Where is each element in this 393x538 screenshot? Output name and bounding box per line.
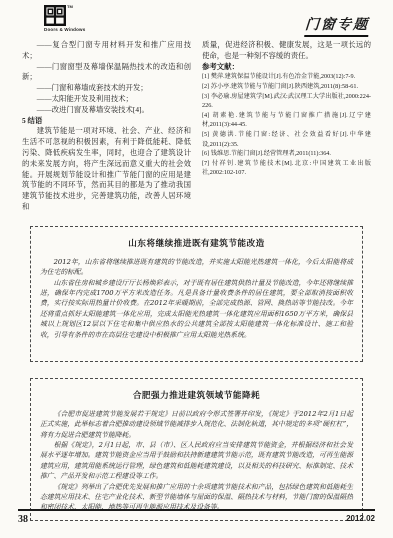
reference-entry: [5] 黄德洪.节能门窗:经济、社会效益看好[J].中华建设,2011(2):3… [202,130,371,149]
masthead: 门窗专题 [305,14,369,37]
left-column: ——复合型门窗专用材料开发和推广应用技术； ——门窗窗型及幕墙保温隔热技术的改造… [22,40,191,213]
masthead-title: 门窗专题 [304,14,370,37]
list-item: ——改进门窗及幕墙安装技术[4]。 [22,105,191,116]
article-columns: ——复合型门窗专用材料开发和推广应用技术； ——门窗窗型及幕墙保温隔热技术的改造… [22,40,371,213]
right-column: 质量，促进经济积极、健康发展，这是一项长远的使命，也是一种刻不容缓的责任。 参考… [202,40,371,213]
list-item: ——门窗和幕墙成套技术的开发； [22,83,191,94]
reference-entry: [2] 苏小亭.建筑节能与节能门窗[J].陕西建筑,2011(8):58-61. [202,82,371,92]
list-item: ——复合型门窗专用材料开发和推广应用技术； [22,40,191,62]
list-item: ——太阳能开发及利用技术； [22,94,191,105]
reference-entry: [4] 胡素艳.建筑节能与节能门窗推广措施[J].辽宁建材,2011(3):44… [202,111,371,130]
reference-entry: [6] 钱维思.节能门窗[J].经营管理者,2011(11):364. [202,149,371,159]
conclusion-paragraph: 建筑节能是一项对环境、社会、产业、经济和生活不可忽视的积极因素，有利于降低能耗、… [22,126,191,212]
news-box-body: 《合肥市促进建筑节能发展若干规定》日前以政府令形式签署并印发，《规定》于2012… [40,409,353,513]
window-logo-icon [44,5,66,26]
news-paragraph: 《合肥市促进建筑节能发展若干规定》日前以政府令形式签署并印发，《规定》于2012… [40,409,353,440]
reference-entry: [7] 付祥钊.建筑节能技术[M].北京:中国建筑工业出版社,2002:102-… [202,159,371,178]
references-heading: 参考文献： [202,62,371,73]
doors-windows-logo: TM Doors & Windows [44,5,85,32]
issue-date: 2012.02 [346,514,375,523]
news-paragraph: 根据《规定》，2月1日起，市、县（市）、区人民政府应当安排建筑节能资金，并根据经… [40,440,353,482]
magazine-page: TM Doors & Windows 门窗专题 ——复合型门窗专用材料开发和推广… [0,0,393,538]
trademark-label: TM [67,5,73,9]
news-box-hefei: 合肥强力推进建筑领域节能降耗 《合肥市促进建筑节能发展若干规定》日前以政府令形式… [30,378,363,521]
reference-entry: [1] 樊萍.建筑保温节能设计[J].有色冶金节能,2003(12):7-9. [202,72,371,82]
section-heading: 5 结语 [22,116,191,127]
list-item: ——门窗窗型及幕墙保温隔热技术的改造和创新； [22,62,191,84]
news-box-title: 山东将继续推进既有建筑节能改造 [40,237,353,249]
page-header: TM Doors & Windows 门窗专题 [22,5,371,37]
conclusion-paragraph-cont: 质量，促进经济积极、健康发展，这是一项长远的使命，也是一种刻不容缓的责任。 [202,40,371,62]
page-number: 38 [18,514,28,525]
reference-entry: [3] 李必瑜.房屋建筑学[M].武汉:武汉理工大学出版社,2000:224-2… [202,92,371,111]
news-paragraph: 山东省住房和城乡建设厅厅长杨焕彩表示，对于既有居住建筑供热计量及节能改造，今年还… [40,278,353,340]
news-box-title: 合肥强力推进建筑领域节能降耗 [40,389,353,401]
logo-caption: Doors & Windows [44,27,85,32]
news-paragraph: 2012年，山东省将继续推进既有建筑的节能改造，并实施太阳能光热建筑一体化，今后… [40,257,353,278]
news-box-shandong: 山东将继续推进既有建筑节能改造 2012年，山东省将继续推进既有建筑的节能改造，… [30,226,363,362]
news-box-body: 2012年，山东省将继续推进既有建筑的节能改造，并实施太阳能光热建筑一体化，今后… [40,257,353,340]
page-footer: 38 2012.02 [18,509,375,525]
